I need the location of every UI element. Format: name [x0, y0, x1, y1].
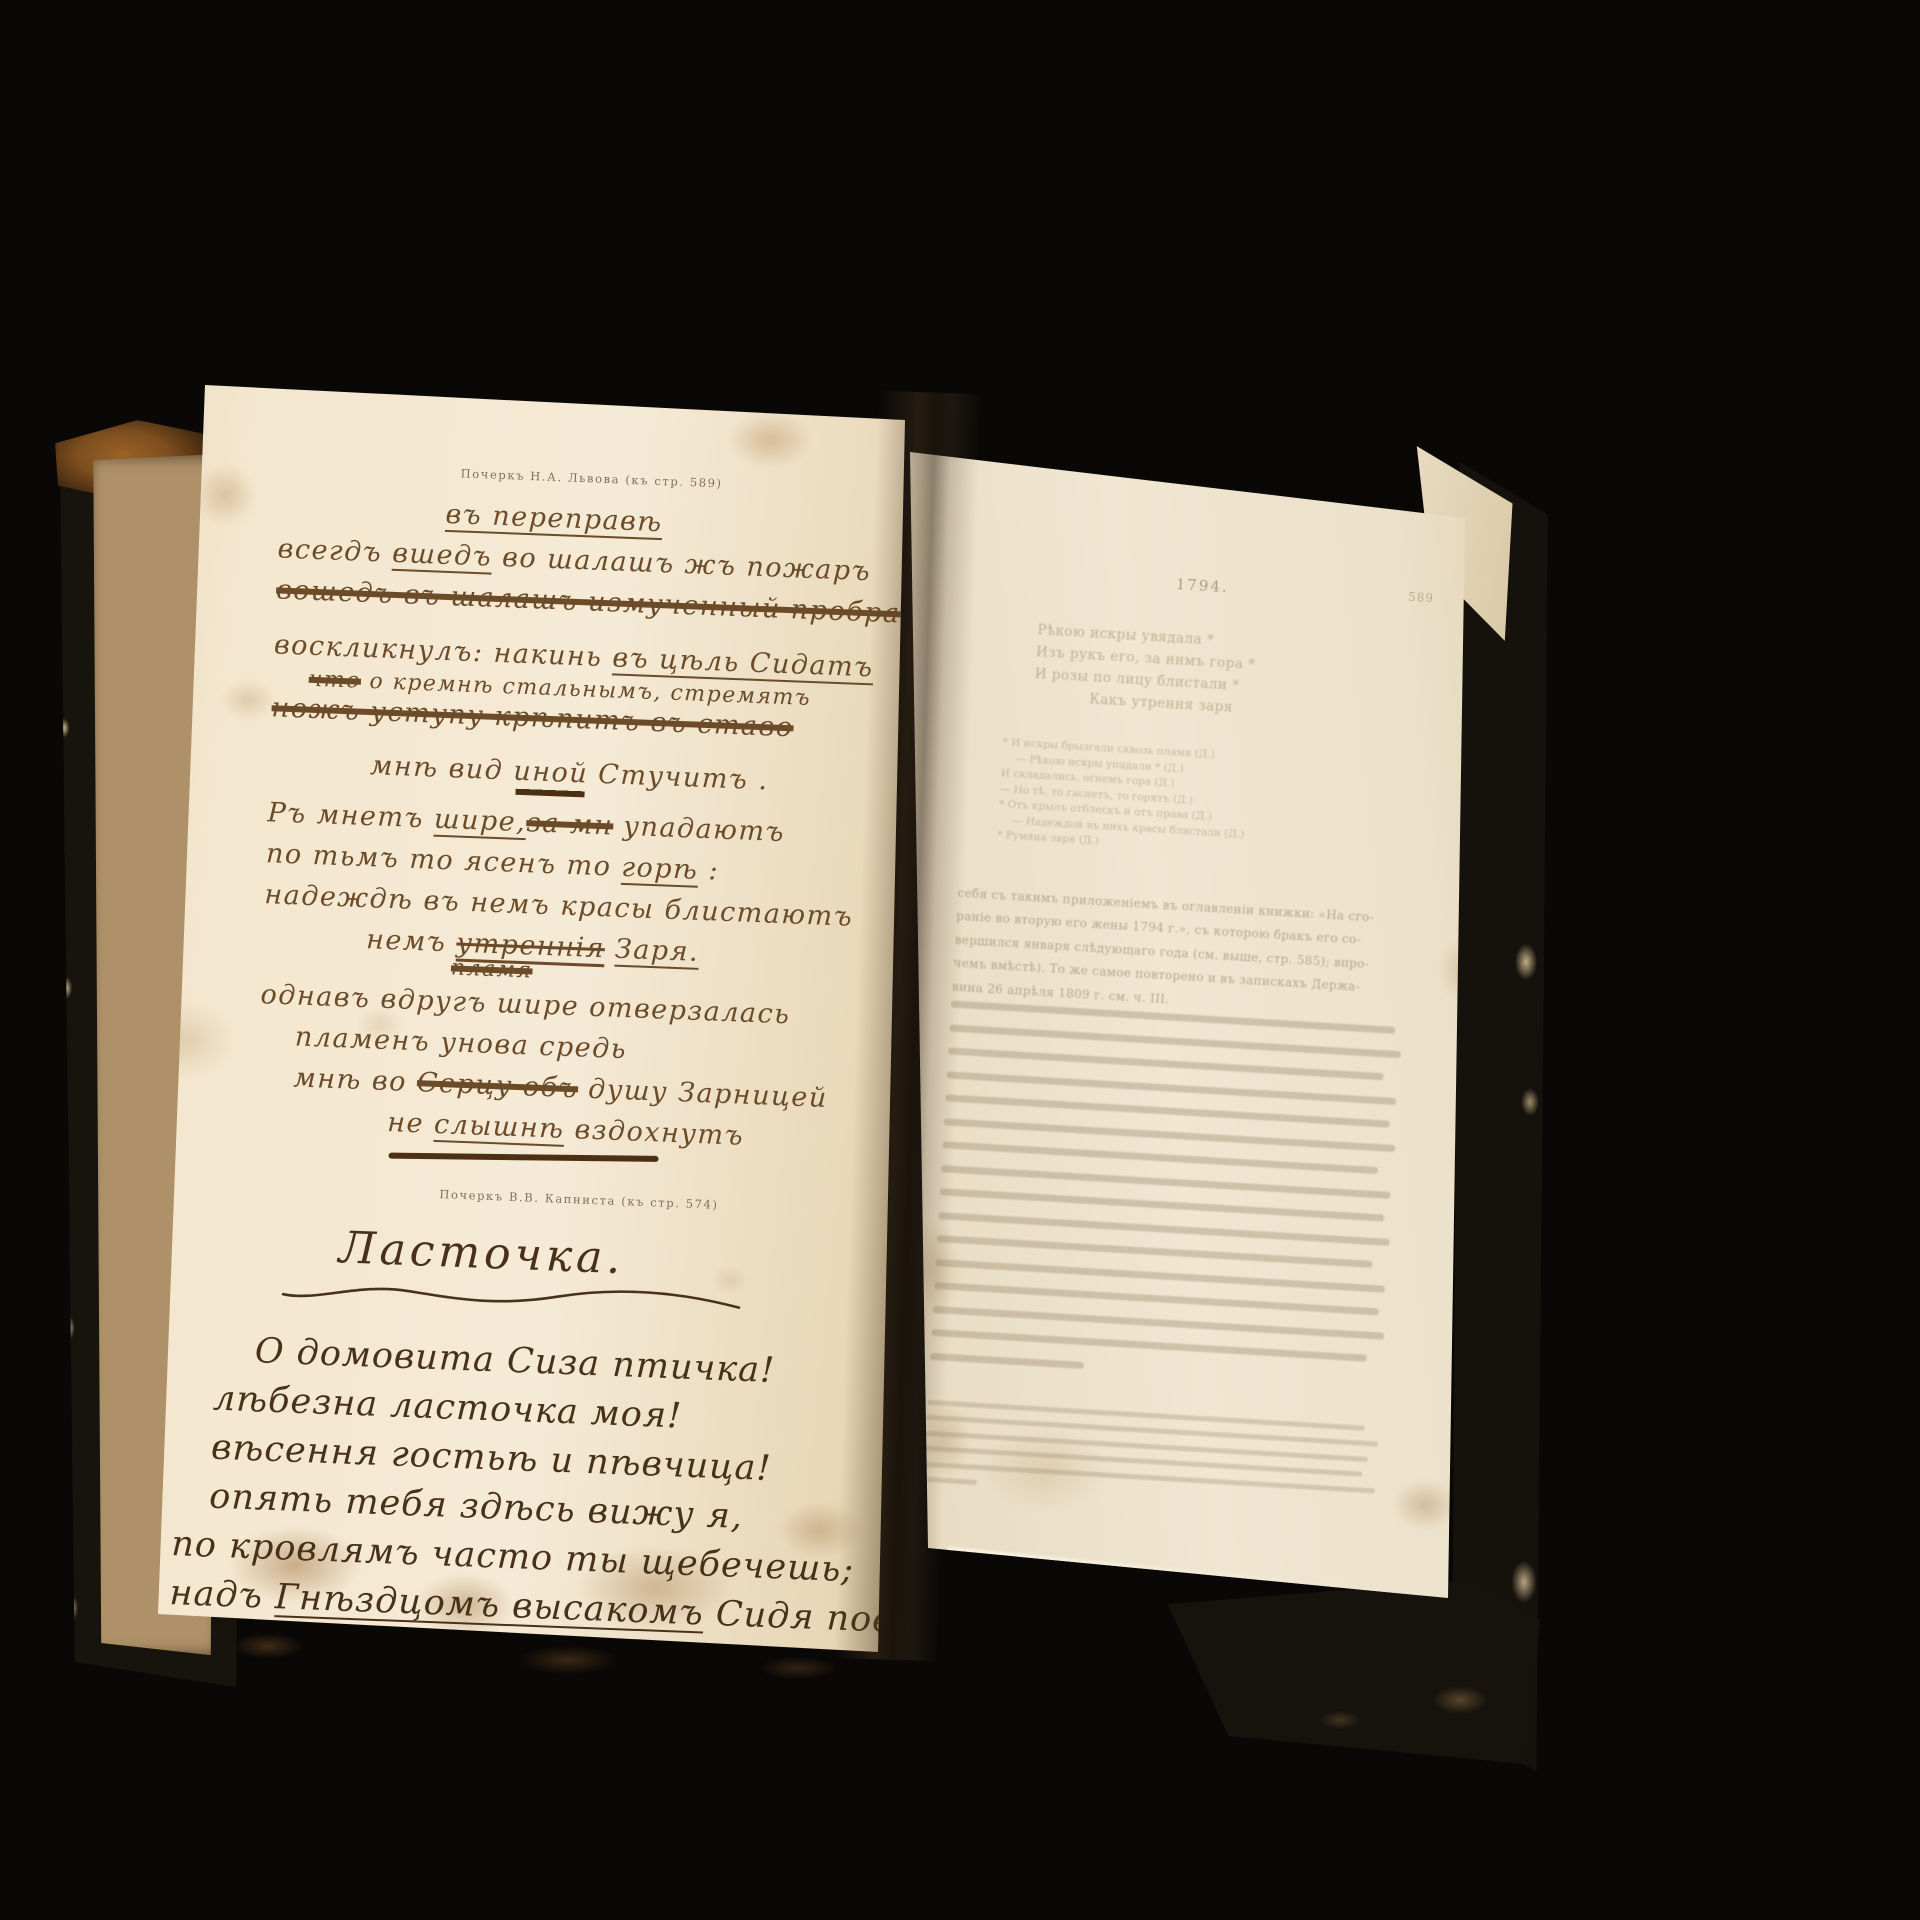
printers-signature-mark: Стихотв. Держ. I.: [138, 1769, 836, 1807]
pen-flourish-line: [389, 1153, 659, 1162]
left-page: Почеркъ Н.А. Львова (къ стр. 589) въ пер…: [130, 370, 920, 1670]
photo-background: Почеркъ Н.А. Львова (къ стр. 589) въ пер…: [0, 0, 1920, 1920]
illegible-text-line: [923, 1477, 977, 1485]
right-cover-board: [1452, 462, 1548, 1772]
variant-readings-notes: * И искры брызгали сквозь пламя (Д.) — Р…: [997, 735, 1419, 868]
manuscript-line: мнѣ вид иной Стучитъ .: [305, 743, 834, 804]
printed-poem-block: Рѣкою искры увядала * Изъ рукъ его, за н…: [1033, 619, 1426, 730]
illegible-text-line: [926, 1415, 1378, 1447]
illegible-text-line: [930, 1352, 1084, 1368]
illegible-text-line: [925, 1430, 1367, 1461]
facsimile-caption-kapnist: Почеркъ В.В. Капниста (къ стр. 574): [311, 1182, 847, 1217]
facsimile-caption-lvov: Почеркъ Н.А. Львова (къ стр. 589): [319, 461, 865, 496]
faded-body-text-block: [930, 1000, 1403, 1386]
right-page: 1794. 589 Рѣкою искры увядала * Изъ рукъ…: [885, 430, 1525, 1640]
running-head-year: 1794. 589: [976, 563, 1428, 608]
lvov-manuscript-block: въ переправѣ всегдъ вшедъ во шалашъ жъ п…: [291, 489, 904, 1174]
faded-footnote-block: [923, 1399, 1379, 1508]
right-page-content: 1794. 589 Рѣкою искры увядала * Изъ рукъ…: [858, 464, 1464, 1624]
illegible-text-line: [927, 1399, 1365, 1430]
illegible-text-line: [924, 1461, 1376, 1493]
illegible-text-line: [924, 1446, 1362, 1477]
left-page-content: Почеркъ Н.А. Львова (къ стр. 589) въ пер…: [144, 384, 908, 1673]
right-cover-bottom-corner: [1160, 1580, 1540, 1780]
page-number: 589: [1408, 590, 1435, 606]
